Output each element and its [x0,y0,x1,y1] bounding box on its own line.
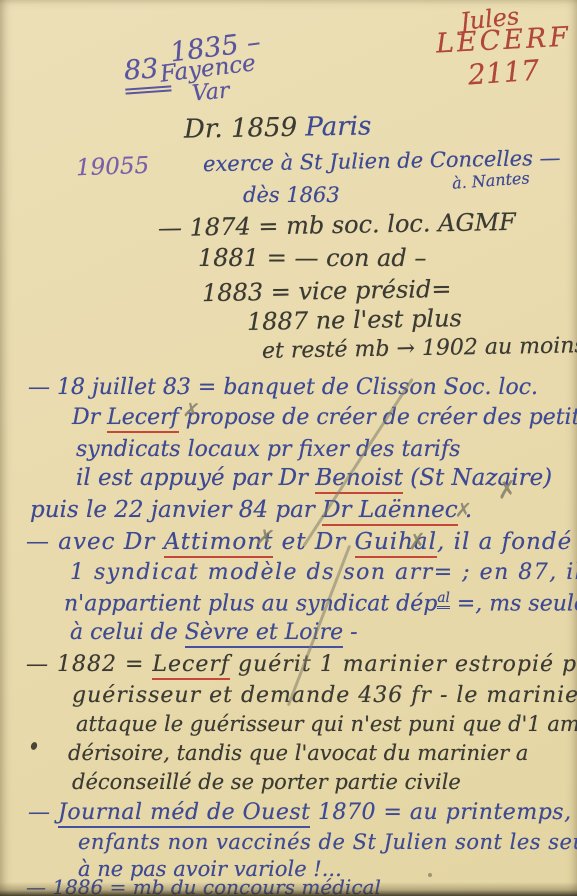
doctor-name-lecerf-2: Lecerf [152,652,230,680]
syndicat-line-1a: — avec Dr [26,529,164,555]
guerisseur-line-2: guérisseur et demande 436 fr - le marini… [72,684,577,708]
guerisseur-line-1a: — 1882 = [26,652,152,677]
syndicat-line-4a: à celui de [70,620,185,645]
banquet-line-3: syndicats locaux pr fixer des tarifs [76,438,460,462]
banquet-line-5: puis le 22 janvier 84 par Dr Laënnec . [30,498,472,523]
career-line-1887: 1887 ne l'est plus [247,305,462,335]
card-bottom-edge [0,882,577,896]
pencil-x-mark: ✗ [454,497,472,522]
journal-line-1: — Journal méd de Ouest 1870 = au printem… [28,801,577,825]
stamp-number: 2117 [467,56,540,92]
banquet-line-4a: il est appuyé par Dr [76,465,315,491]
guerisseur-line-4: dérisoire, tandis que l'avocat du marini… [68,742,528,765]
banquet-line-2: Dr Lecerf propose de créer de créer des … [72,406,577,430]
guerisseur-line-1c: guérit 1 marinier estropié par 1 [230,652,577,677]
pencil-x-mark: ✗ [407,529,427,555]
guerisseur-line-3: attaque le guérisseur qui n'est puni que… [76,713,577,736]
syndicat-line-3-sup: al [437,590,449,609]
degree-line: Dr. 1859 Paris [184,112,372,144]
ink-dot [428,873,432,877]
pencil-x-mark: ✗ [181,397,201,423]
pencil-x-mark: ✗ [496,475,519,505]
banquet-line-1: — 18 juillet 83 = banquet de Clisson Soc… [28,376,538,400]
origin-dept-name: Var [191,79,230,106]
career-line-1883: 1883 = vice présid= [202,276,452,307]
syndicat-line-1: — avec Dr Attimont et Dr Guihal, il a fo… [26,530,572,555]
banquet-line-4: il est appuyé par Dr Benoist (St Nazaire… [76,466,552,491]
stamp-last-name: LECERF [435,22,571,59]
syndicat-line-3b: =, ms seulemt [450,591,577,616]
banquet-line-2c: propose de créer de créer des petits [179,405,577,430]
banquet-line-4c: (St Nazaire) [403,465,552,491]
syndicat-line-1e: , il a fondé [437,529,572,555]
index-card: Jules LECERF 2117 1835 – 83 Fayence Var … [0,0,577,896]
banquet-line-2a: Dr [72,405,107,430]
syndicat-line-4c: - [343,620,357,645]
doctor-name-laennec: Dr Laënnec [322,497,457,526]
syndicat-line-3a: n'appartient plus au syndicat dép [64,591,437,616]
journal-title: Journal méd de Ouest [58,800,310,828]
practice-since: dès 1863 [243,184,340,207]
guerisseur-line-5: déconseillé de se porter partie civile [72,771,461,794]
journal-line-2: enfants non vaccinés de St Julien sont l… [78,831,577,854]
career-line-1902: et resté mb → 1902 au moins [262,334,577,364]
career-line-1874: — 1874 = mb soc. loc. AGMF [158,209,516,242]
journal-line-1a: — [28,800,58,825]
syndicat-line-3: n'appartient plus au syndicat dépal =, m… [64,591,577,617]
practice-near: à. Nantes [451,169,530,192]
syndicat-line-2: 1 syndicat modèle ds son arr= ; en 87, i… [70,561,577,585]
archive-ref: 19055 [76,154,150,182]
banquet-line-5a: puis le 22 janvier 84 par [30,497,322,523]
ink-dot [30,741,38,751]
doctor-name-lecerf: Lecerf [107,405,179,433]
degree-text: Dr. 1859 [184,113,306,145]
doctor-name-benoist: Benoist [315,465,403,494]
career-line-1881: 1881 = — con ad – [198,245,426,271]
journal-line-1c: 1870 = au printemps, les [310,800,577,825]
degree-city: Paris [305,111,371,142]
